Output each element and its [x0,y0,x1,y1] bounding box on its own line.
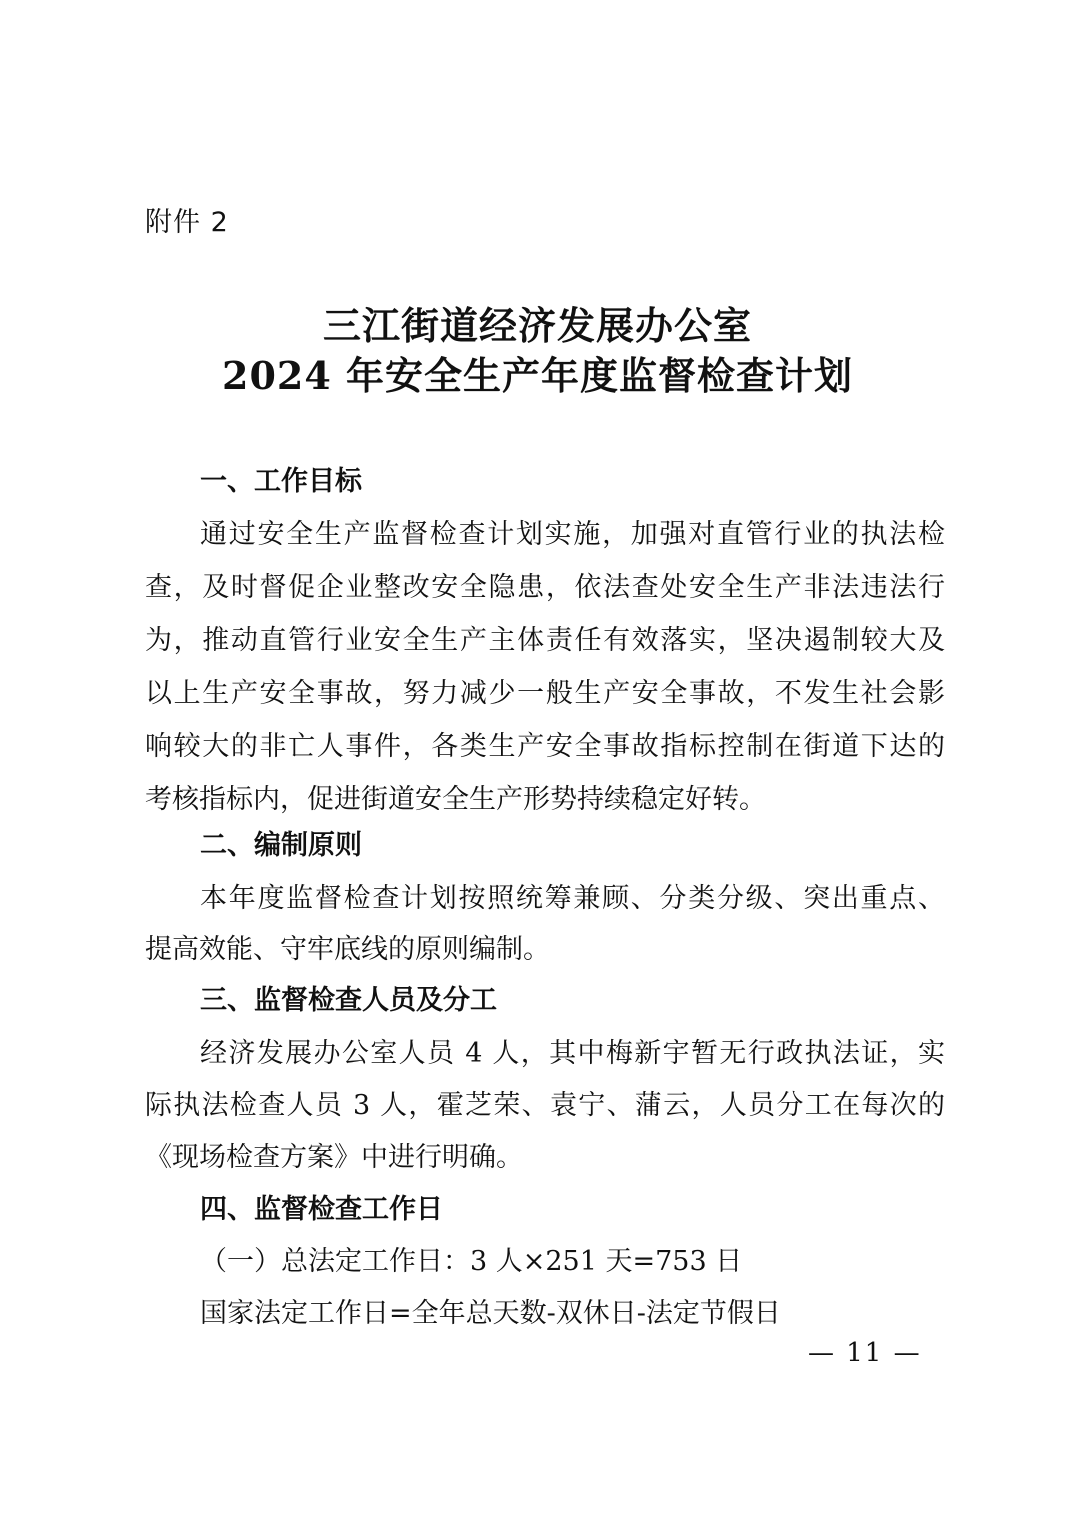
page-number: — 11 — [808,1336,922,1370]
paragraph-line: 本年度监督检查计划按照统筹兼顾、分类分级、突出重点、 [200,881,945,917]
attachment-label: 附件 2 [145,205,229,241]
section-heading-principles: 二、编制原则 [200,828,362,864]
section-heading-work-goals: 一、工作目标 [200,464,362,500]
document-page: 附件 2 三江街道经济发展办公室 2024 年安全生产年度监督检查计划 一、工作… [0,0,1075,1520]
paragraph-line: 以上生产安全事故，努力减少一般生产安全事故，不发生社会影 [145,676,945,712]
paragraph-line: 响较大的非亡人事件，各类生产安全事故指标控制在街道下达的 [145,729,945,765]
section-heading-workdays: 四、监督检查工作日 [200,1192,443,1228]
paragraph-line: 国家法定工作日=全年总天数-双休日-法定节假日 [200,1296,781,1332]
paragraph-line: 《现场检查方案》中进行明确。 [145,1140,523,1176]
paragraph-line: 通过安全生产监督检查计划实施，加强对直管行业的执法检 [200,517,945,553]
paragraph-line: 经济发展办公室人员 4 人，其中梅新宇暂无行政执法证，实 [200,1036,945,1072]
section-heading-staff: 三、监督检查人员及分工 [200,983,497,1019]
paragraph-line: 考核指标内，促进街道安全生产形势持续稳定好转。 [145,782,766,818]
paragraph-line: （一）总法定工作日：3 人×251 天=753 日 [200,1244,742,1280]
paragraph-line: 为，推动直管行业安全生产主体责任有效落实，坚决遏制较大及 [145,623,945,659]
paragraph-line: 查，及时督促企业整改安全隐患，依法查处安全生产非法违法行 [145,570,945,606]
document-title-line-1: 三江街道经济发展办公室 [0,302,1075,350]
paragraph-line: 提高效能、守牢底线的原则编制。 [145,932,550,968]
paragraph-line: 际执法检查人员 3 人，霍芝荣、袁宁、蒲云，人员分工在每次的 [145,1088,945,1124]
document-title-line-2: 2024 年安全生产年度监督检查计划 [0,352,1075,400]
